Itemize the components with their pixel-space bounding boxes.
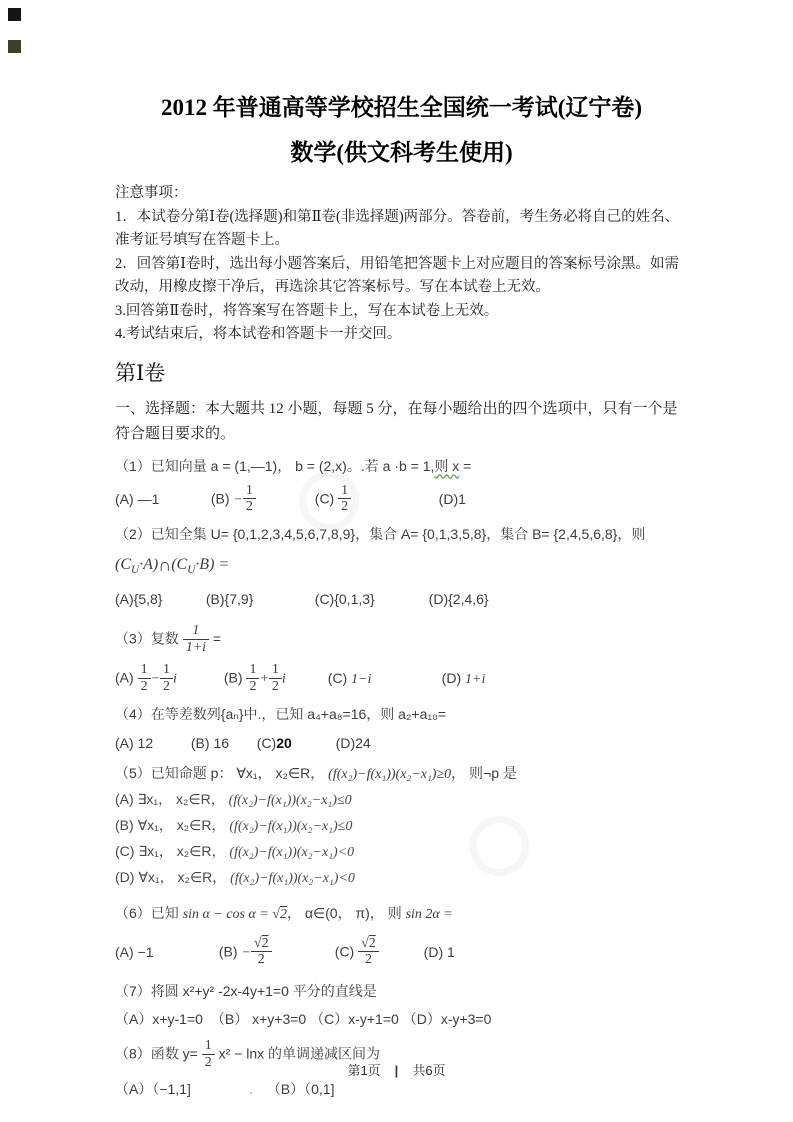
intersection-symbol: ∩ [158, 555, 171, 575]
note-item-1: 1．本试卷分第Ⅰ卷(选择题)和第Ⅱ卷(非选择题)两部分。答卷前，考生务必将自己的… [115, 206, 688, 253]
exam-subtitle: 数学(供文科考生使用) [115, 139, 688, 167]
option-b: (B) ∀x₁， x₂∈R， (f(x₂)−f(x₁))(x₂−x₁)≤0 [115, 815, 688, 837]
option-c: (C) 12 [315, 484, 435, 516]
page-footer: 第1页|共6页 [0, 1060, 793, 1079]
question-7-options: （A）x+y-1=0 （B） x+y+3=0 （C）x-y+1=0 （D）x-y… [115, 1009, 688, 1031]
option-d: （D）x-y+3=0 [403, 1009, 492, 1030]
exam-page: 2012 年普通高等学校招生全国统一考试(辽宁卷) 数学(供文科考生使用) 注意… [0, 0, 793, 1122]
option-a: (A) −1 [115, 942, 215, 963]
question-2-formula: (CU·A)∩(CU·B) = [115, 554, 688, 581]
page-number: 第1页 [347, 1063, 380, 1078]
question-1: （1）已知向量 a = (1,—1)， b = (2,x)。.若 a ·b = … [115, 456, 688, 516]
option-c: (C){0,1,3} [315, 589, 425, 610]
option-a: （A）x+y-1=0 [115, 1009, 207, 1030]
option-d: (D)1 [439, 489, 466, 510]
option-c: （C）x-y+1=0 [310, 1009, 399, 1030]
document-body: 2012 年普通高等学校招生全国统一考试(辽宁卷) 数学(供文科考生使用) 注意… [0, 0, 793, 1100]
question-1-stem: （1）已知向量 a = (1,—1)， b = (2,x)。.若 a ·b = … [115, 456, 688, 477]
option-d: (D){2,4,6} [429, 589, 489, 610]
question-2-options: (A){5,8} (B){7,9} (C){0,1,3} (D){2,4,6} [115, 589, 688, 611]
question-5-stem: （5）已知命题 p： ∀x₁， x₂∈R， (f(x₂)−f(x₁))(x₂−x… [115, 763, 688, 785]
question-3-options: (A) 12−12i (B) 12+12i (C) 1−i (D) 1+i [115, 663, 688, 695]
option-a: (A) 12−12i [115, 663, 220, 695]
note-item-4: 4.考试结束后，将本试卷和答题卡一并交回。 [115, 323, 688, 347]
corner-mark-bottom [8, 40, 21, 53]
question-6: （6）已知 sin α − cos α = √2， α∈(0， π)， 则 si… [115, 903, 688, 969]
question-2-stem: （2）已知全集 U= {0,1,2,3,4,5,6,7,8,9}，集合 A= {… [115, 524, 688, 545]
question-1-options: (A) —1 (B) −12 (C) 12 (D)1 [115, 484, 688, 516]
option-c: (C) ∃x₁， x₂∈R， (f(x₂)−f(x₁))(x₂−x₁)<0 [115, 841, 688, 863]
option-c: (C) √22 [335, 937, 420, 969]
option-a: (A) ∃x₁， x₂∈R， (f(x₂)−f(x₁))(x₂−x₁)≤0 [115, 789, 688, 811]
wavy-underline-text: 则 x [434, 458, 459, 474]
option-a: （A）（−1,1] [115, 1079, 245, 1100]
option-d: (D)24 [336, 733, 371, 754]
option-d: (D) 1+i [442, 668, 486, 690]
option-d: (D) 1 [424, 942, 455, 963]
note-item-2: 2．回答第Ⅰ卷时，选出每小题答案后，用铅笔把答题卡上对应题目的答案标号涂黑。如需… [115, 253, 688, 300]
fraction: 11+i [183, 623, 209, 655]
question-7-stem: （7）将圆 x²+y² -2x-4y+1=0 平分的直线是 [115, 981, 688, 1002]
option-b: （B） x+y+3=0 [211, 1009, 306, 1030]
section-intro: 一、选择题：本大题共 12 小题，每题 5 分，在每小题给出的四个选项中，只有一… [115, 397, 688, 447]
sqrt-symbol: √ [254, 936, 262, 951]
question-4-options: (A) 12 (B) 16 (C)20 (D)24 [115, 732, 688, 754]
question-7: （7）将圆 x²+y² -2x-4y+1=0 平分的直线是 （A）x+y-1=0… [115, 981, 688, 1031]
fraction: √22 [251, 936, 272, 968]
option-b: (B){7,9} [206, 589, 311, 610]
fraction: 12 [160, 662, 173, 694]
option-c: (C)20 [257, 733, 332, 754]
question-5: （5）已知命题 p： ∀x₁， x₂∈R， (f(x₂)−f(x₁))(x₂−x… [115, 763, 688, 889]
note-item-3: 3.回答第Ⅱ卷时，将答案写在答题卡上，写在本试卷上无效。 [115, 300, 688, 324]
fraction: 12 [338, 483, 351, 515]
fraction: 12 [138, 662, 151, 694]
question-2: （2）已知全集 U= {0,1,2,3,4,5,6,7,8,9}，集合 A= {… [115, 524, 688, 610]
option-a: (A) 12 [115, 733, 187, 754]
question-3-stem: （3）复数 11+i = [115, 624, 688, 656]
fraction: 12 [269, 662, 282, 694]
fraction: 12 [246, 662, 259, 694]
fraction: 12 [243, 483, 256, 515]
option-a: (A){5,8} [115, 589, 202, 610]
question-8-options: （A）（−1,1] ． （B）（0,1] [115, 1078, 688, 1100]
option-b: (B) 12+12i [224, 663, 324, 695]
question-4-stem: （4）在等差数列{aₙ}中.，已知 a₄+a₈=16，则 a₂+a₁₀= [115, 704, 688, 725]
notes-heading: 注意事项： [115, 182, 688, 206]
section-title: 第Ⅰ卷 [115, 357, 688, 387]
fraction: √22 [358, 936, 379, 968]
option-b: （B）（0,1] [267, 1079, 335, 1100]
corner-mark-top [8, 8, 21, 21]
sqrt-symbol: √ [272, 907, 280, 922]
option-b: (B) −√22 [219, 937, 331, 969]
option-c: (C) 1−i [328, 668, 438, 690]
option-b: (B) −12 [211, 484, 311, 516]
option-a: (A) —1 [115, 489, 207, 510]
sqrt-symbol: √ [361, 936, 369, 951]
exam-notes: 注意事项： 1．本试卷分第Ⅰ卷(选择题)和第Ⅱ卷(非选择题)两部分。答卷前，考生… [115, 182, 688, 347]
option-b: (B) 16 [191, 733, 253, 754]
exam-title: 2012 年普通高等学校招生全国统一考试(辽宁卷) [115, 94, 688, 122]
page-total: 共6页 [412, 1063, 445, 1078]
option-d: (D) ∀x₁， x₂∈R， (f(x₂)−f(x₁))(x₂−x₁)<0 [115, 867, 688, 889]
question-6-stem: （6）已知 sin α − cos α = √2， α∈(0， π)， 则 si… [115, 903, 688, 925]
stray-dot: ． [249, 1079, 263, 1100]
page-separator: | [395, 1063, 399, 1078]
question-6-options: (A) −1 (B) −√22 (C) √22 (D) 1 [115, 937, 688, 969]
question-4: （4）在等差数列{aₙ}中.，已知 a₄+a₈=16，则 a₂+a₁₀= (A)… [115, 704, 688, 754]
question-3: （3）复数 11+i = (A) 12−12i (B) 12+12i (C) 1… [115, 624, 688, 695]
